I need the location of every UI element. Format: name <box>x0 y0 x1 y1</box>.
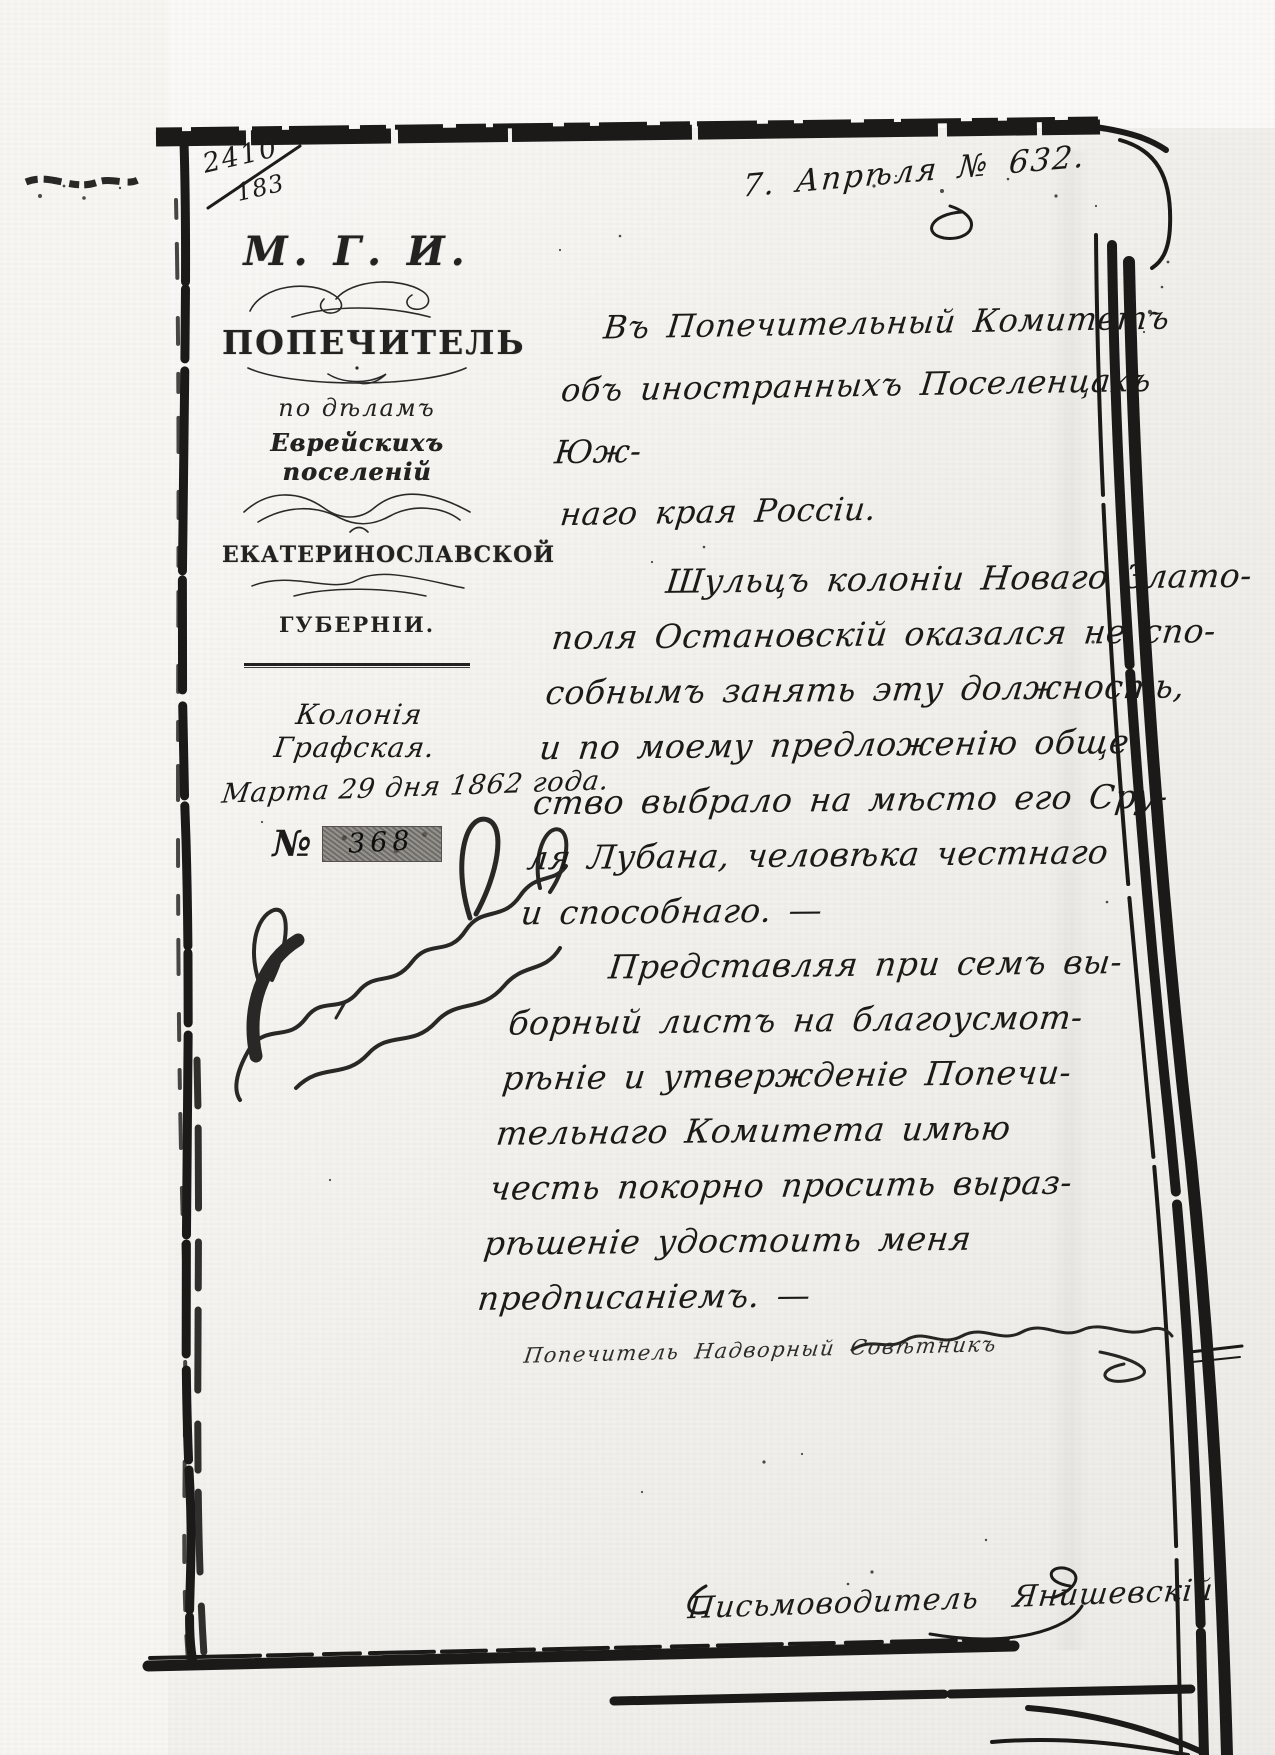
letterhead-subtitle-po-delam: по дѣламъ <box>222 394 492 422</box>
dateline-place: Колонія Графская. <box>217 698 496 764</box>
address-line: Въ Попечительный Комитетъ <box>601 286 1185 358</box>
body-line: предписаніемъ. — <box>475 1264 1141 1326</box>
flourish-ornament-icon <box>232 568 482 602</box>
flourish-ornament-icon <box>232 486 482 538</box>
document-number-value: 368 <box>347 825 415 860</box>
body-line: поля Остановскій оказался не спо- <box>549 603 1215 665</box>
number-stamp-box: 368 <box>322 826 442 862</box>
body-line: и по моему предложенію обще- <box>537 713 1203 775</box>
body-line: Шульцъ колоніи Новаго Злато- <box>663 548 1221 609</box>
letterhead-province-word: ГУБЕРНІИ. <box>222 612 492 637</box>
number-sign: № <box>272 823 311 865</box>
flourish-ornament-icon <box>232 275 482 321</box>
body-line: и способнаго. — <box>518 878 1184 940</box>
body-line: собнымъ занять эту должность, <box>543 658 1209 720</box>
letterhead: М. Г. И. ПОПЕЧИТЕЛЬ по дѣламъ Еврейскихъ… <box>222 228 492 865</box>
body-line: честь покорно просить выраз- <box>487 1154 1153 1216</box>
body-line: тельнаго Комитета имѣю <box>493 1099 1159 1161</box>
scanned-document-page: 2410 183 7. Апрѣля № 632. М. Г. И. ПОПЕЧ… <box>0 0 1275 1755</box>
letter-body: Шульцъ колоніи Новаго Злато- поля Остано… <box>475 548 1221 1326</box>
body-line: борный листъ на благоусмот- <box>506 989 1172 1051</box>
letterhead-divider <box>244 663 470 668</box>
address-line: наго края Россіи. <box>557 473 1165 546</box>
flourish-ornament-icon <box>232 362 482 390</box>
letterhead-province-name: ЕКАТЕРИНОСЛАВСКОЙ <box>222 542 492 568</box>
body-line: рѣніе и утвержденіе Попечи- <box>499 1044 1165 1106</box>
body-line: ля Лубана, человѣка честнаго <box>524 823 1190 885</box>
dateline-date: Марта 29 дня 1862 года. <box>220 769 494 810</box>
clerk-name: Янишевскій <box>1011 1573 1215 1615</box>
document-number-row: № 368 <box>222 823 492 865</box>
recipient-address: Въ Попечительный Комитетъ объ иностранны… <box>539 286 1185 545</box>
letterhead-subtitle-settlements: Еврейскихъ поселеній <box>222 428 492 486</box>
letterhead-title: ПОПЕЧИТЕЛЬ <box>222 323 492 362</box>
address-line: объ иностранныхъ Поселенцахъ Юж- <box>552 348 1179 483</box>
body-line: Представляя при семъ вы- <box>606 934 1178 995</box>
body-line: ство выбрало на мѣсто его Сру- <box>530 768 1196 830</box>
body-line: рѣшеніе удостоить меня <box>481 1209 1147 1271</box>
ministry-abbreviation: М. Г. И. <box>222 228 492 275</box>
